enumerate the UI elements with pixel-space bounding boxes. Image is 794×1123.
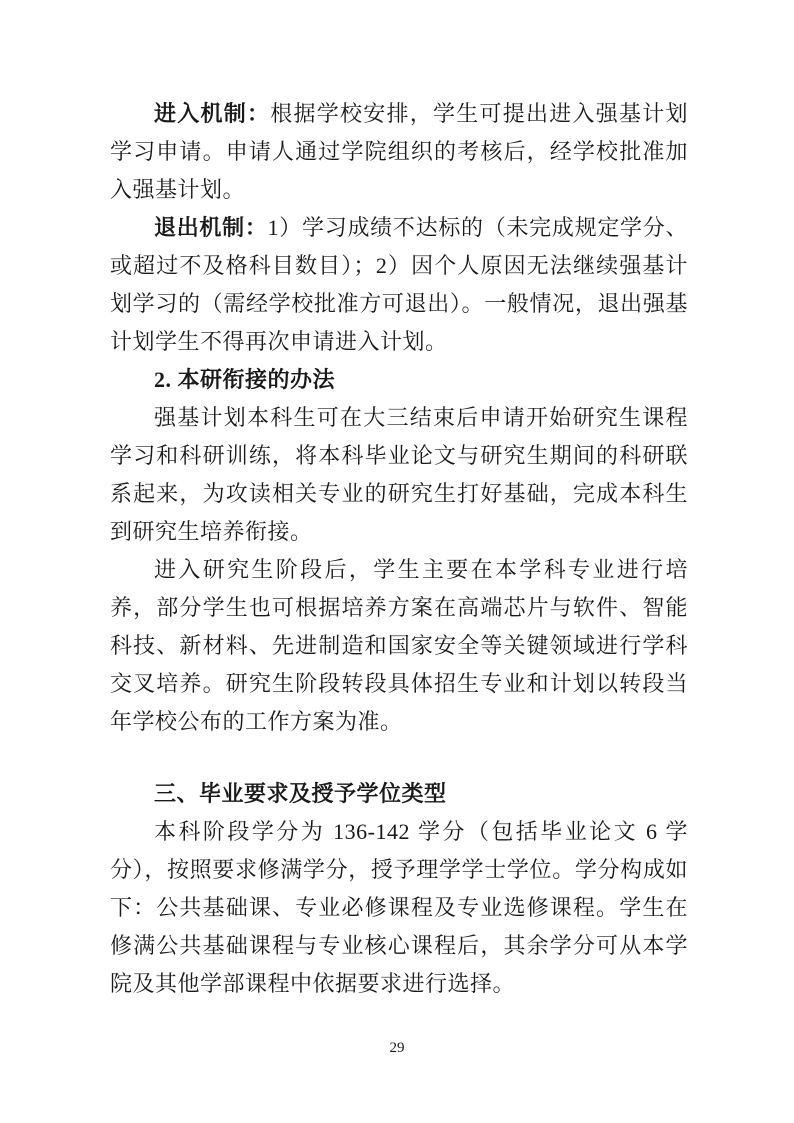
heading-graduation-requirements: 三、毕业要求及授予学位类型 — [110, 775, 688, 813]
paragraph-graduation-credits: 本科阶段学分为 136-142 学分（包括毕业论文 6 学分），按照要求修满学分… — [110, 813, 688, 1003]
paragraph-entry-mechanism: 进入机制：根据学校安排，学生可提出进入强基计划学习申请。申请人通过学院组织的考核… — [110, 95, 688, 209]
heading-undergrad-grad-bridge: 2. 本研衔接的办法 — [110, 361, 688, 399]
paragraph-bridge-apply: 强基计划本科生可在大三结束后申请开始研究生课程学习和科研训练，将本科毕业论文与研… — [110, 399, 688, 551]
paragraph-bridge-grad-stage: 进入研究生阶段后，学生主要在本学科专业进行培养，部分学生也可根据培养方案在高端芯… — [110, 551, 688, 741]
entry-mechanism-label: 进入机制： — [154, 101, 270, 126]
document-body: 进入机制：根据学校安排，学生可提出进入强基计划学习申请。申请人通过学院组织的考核… — [110, 95, 688, 1003]
document-page: 进入机制：根据学校安排，学生可提出进入强基计划学习申请。申请人通过学院组织的考核… — [0, 0, 794, 1123]
paragraph-exit-mechanism: 退出机制：1）学习成绩不达标的（未完成规定学分、或超过不及格科目数目）；2）因个… — [110, 209, 688, 361]
exit-mechanism-label: 退出机制： — [154, 215, 268, 240]
page-number: 29 — [0, 1038, 794, 1058]
